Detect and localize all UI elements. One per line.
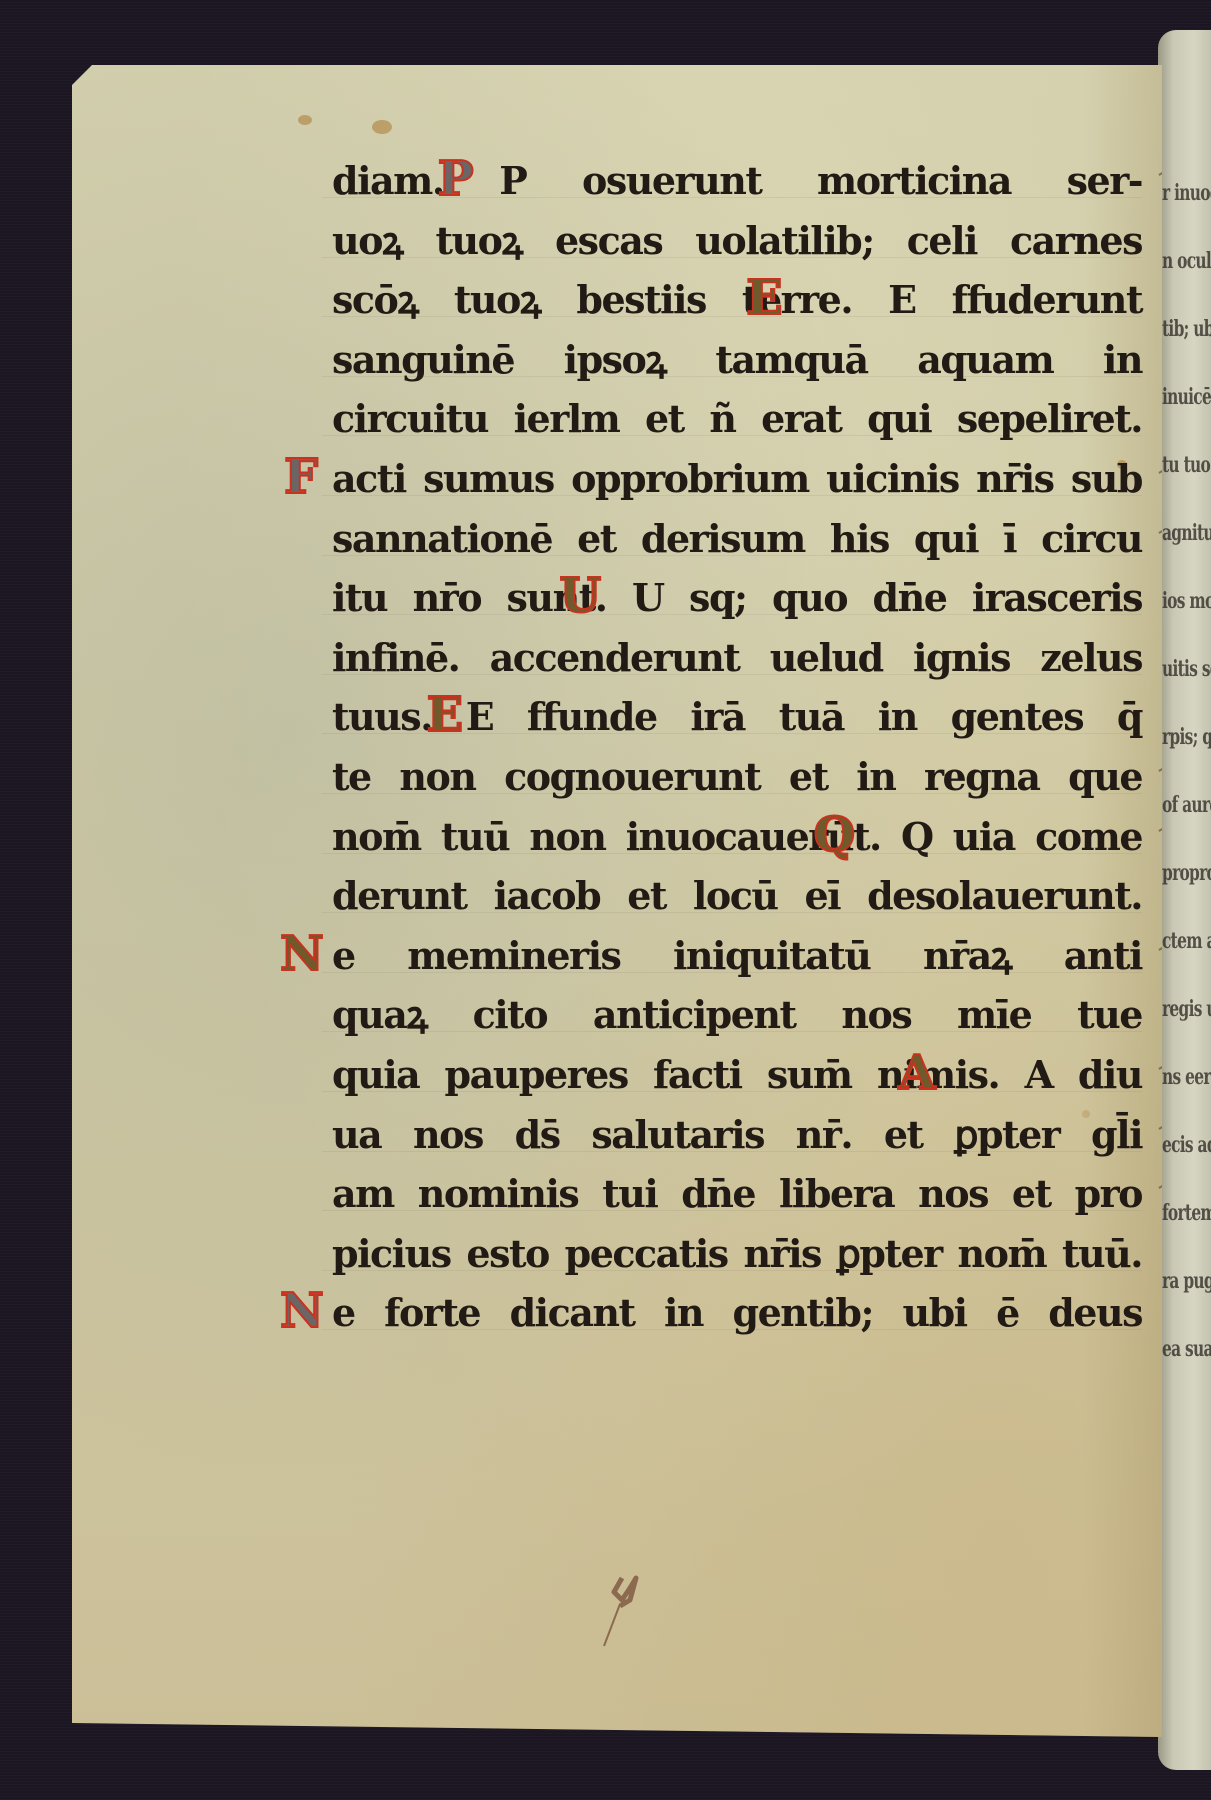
adjacent-page-line: tib; ubi bbox=[1162, 316, 1211, 342]
decorated-initial: F bbox=[280, 451, 322, 503]
text-line: picius esto peccatis nr̄is ꝑpter nom̄ tu… bbox=[332, 1230, 1142, 1278]
adjacent-page-line: tu tuo bbox=[1162, 452, 1210, 478]
adjacent-page-line: ea sua bbox=[1162, 1336, 1211, 1362]
adjacent-page-edge: r inuocn oculistib; ubiinuicē qutu tuoag… bbox=[1158, 30, 1211, 1770]
adjacent-page-line: n oculis bbox=[1162, 248, 1211, 274]
decorated-initial: U bbox=[559, 570, 601, 622]
decorated-initial: N bbox=[280, 1285, 322, 1337]
text-line: infinē. accenderunt uelud ignis zelus bbox=[332, 634, 1142, 682]
adjacent-page-line: of aure p bbox=[1162, 792, 1211, 818]
adjacent-page-line: ios moriu bbox=[1162, 588, 1211, 614]
decorated-initial: P bbox=[435, 153, 477, 205]
text-line: sannationē et derisum his qui ī circu bbox=[332, 515, 1142, 563]
adjacent-page-line: uitis septu bbox=[1162, 656, 1211, 682]
text-line: ua nos ds̄ salutaris nr̄. et ꝑpter gl̄i bbox=[332, 1111, 1142, 1159]
decorated-initial: Q bbox=[813, 809, 855, 861]
decorated-initial: E bbox=[424, 689, 466, 741]
manuscript-folio: diam. P osuerunt morticina ser-Puoꝝ tuoꝝ… bbox=[72, 65, 1162, 1737]
adjacent-page-line: proprobrio bbox=[1162, 860, 1211, 886]
adjacent-page-line: r inuoc bbox=[1162, 180, 1211, 206]
adjacent-page-line: ctem autem bbox=[1162, 928, 1211, 954]
adjacent-page-line: regis ut bbox=[1162, 996, 1211, 1022]
text-line: te non cognouerunt et in regna que bbox=[332, 753, 1142, 801]
decorated-initial: A bbox=[896, 1047, 938, 1099]
text-line: derunt iacob et locū eī desolauerunt. bbox=[332, 872, 1142, 920]
adjacent-page-line: ecis ad bbox=[1162, 1132, 1211, 1158]
adjacent-page-line: fortem d bbox=[1162, 1200, 1211, 1226]
adjacent-page-line: ra pugnan bbox=[1162, 1268, 1211, 1294]
text-line: quaꝝ cito anticipent nos mīe tue bbox=[332, 991, 1142, 1039]
text-line: am nominis tui dn̄e libera nos et pro bbox=[332, 1170, 1142, 1218]
text-line: scōꝝ tuoꝝ bestiis terre. E ffuderunt bbox=[332, 276, 1142, 324]
text-line: nom̄ tuū non inuocauerūt. Q uia come bbox=[332, 813, 1142, 861]
text-line: uoꝝ tuoꝝ escas uolatilib; celi carnes bbox=[332, 217, 1142, 265]
adjacent-page-line: ns eeruas bbox=[1162, 1064, 1211, 1090]
adjacent-page-line: rpis; qu bbox=[1162, 724, 1211, 750]
text-line: circuitu ierlm et ñ erat qui sepeliret. bbox=[332, 395, 1142, 443]
text-line: acti sumus opprobrium uicinis nr̄is sub bbox=[332, 455, 1142, 503]
text-block: diam. P osuerunt morticina ser-Puoꝝ tuoꝝ… bbox=[72, 65, 1162, 1737]
adjacent-page-line: inuicē qu bbox=[1162, 384, 1211, 410]
text-line: e forte dicant in gentib; ubi ē deus bbox=[332, 1289, 1142, 1337]
catchword-mark bbox=[592, 1570, 652, 1650]
decorated-initial: N bbox=[280, 928, 322, 980]
decorated-initial: E bbox=[743, 272, 785, 324]
text-line: e memineris iniquitatū nr̄aꝝ anti bbox=[332, 932, 1142, 980]
text-line: sanguinē ipsoꝝ tamquā aquam in bbox=[332, 336, 1142, 384]
manuscript-viewer: r inuocn oculistib; ubiinuicē qutu tuoag… bbox=[0, 0, 1211, 1800]
adjacent-page-line: agnitudin bbox=[1162, 520, 1211, 546]
text-line: quia pauperes facti sum̄ nimis. A diu bbox=[332, 1051, 1142, 1099]
text-line: itu nr̄o sunt. U sq; quo dn̄e irasceris bbox=[332, 574, 1142, 622]
